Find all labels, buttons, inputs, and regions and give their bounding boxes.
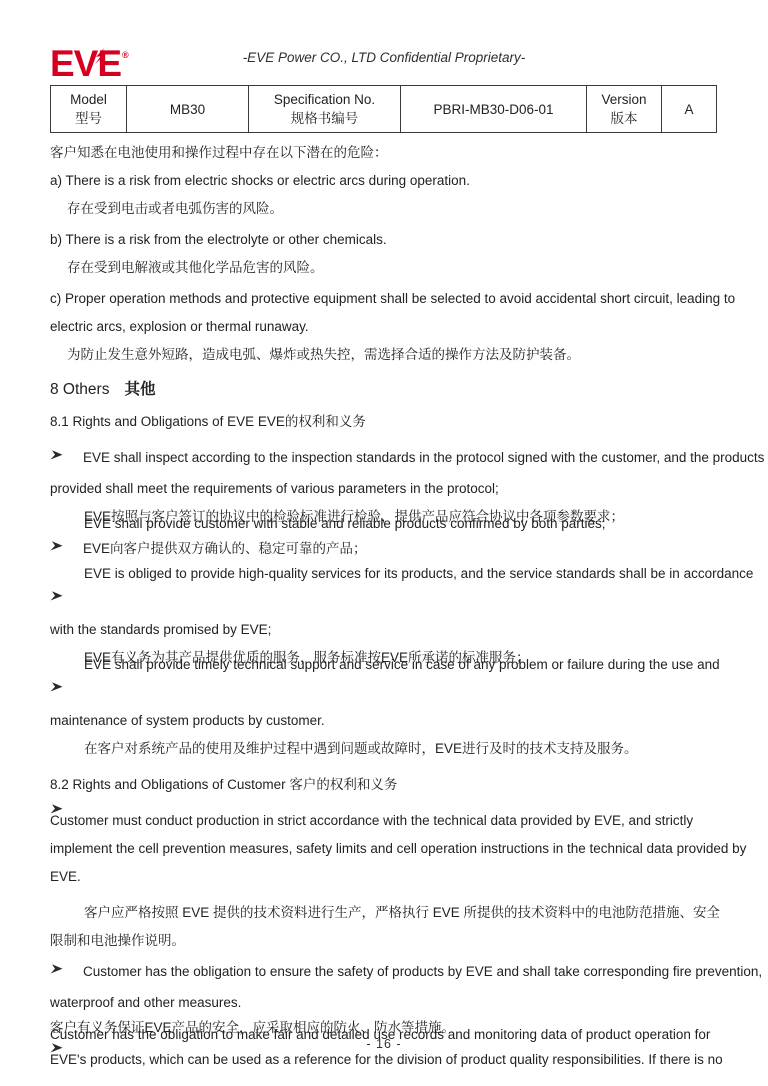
text-line: c) Proper operation methods and protecti… [50, 289, 768, 309]
arrow-bullet-icon [50, 680, 83, 700]
line-text: 客户知悉在电池使用和操作过程中存在以下潜在的危险： [50, 145, 388, 160]
line-text: EVE's products, which can be used as a r… [50, 1052, 723, 1067]
section-heading: 8 Others其他 [50, 379, 768, 401]
text-line: 存在受到电解液或其他化学品危害的风险。 [67, 258, 768, 278]
line-text: 存在受到电解液或其他化学品危害的风险。 [67, 260, 324, 275]
text-line: electric arcs, explosion or thermal runa… [50, 317, 768, 337]
line-text: b) There is a risk from the electrolyte … [50, 232, 387, 247]
bullet-line: Customer has the obligation to ensure th… [50, 962, 768, 982]
version-label-zh: 版本 [589, 109, 659, 128]
line-text: EVE shall provide timely technical suppo… [84, 657, 720, 672]
spec-no-label-zh: 规格书编号 [251, 109, 398, 128]
text-line: 8.2 Rights and Obligations of Customer 客… [50, 775, 768, 795]
line-text: 客户应严格按照 EVE 提供的技术资料进行生产，严格执行 EVE 所提供的技术资… [84, 905, 720, 920]
spec-no-label-en: Specification No. [251, 90, 398, 109]
arrow-bullet-icon [50, 589, 83, 609]
text-line: EVE shall provide timely technical suppo… [84, 655, 768, 675]
line-text: EVE向客户提供双方确认的、稳定可靠的产品； [83, 541, 367, 556]
line-text: implement the cell prevention measures, … [50, 841, 746, 856]
text-line: implement the cell prevention measures, … [50, 839, 768, 859]
text-line: maintenance of system products by custom… [50, 711, 768, 731]
section-heading-zh: 其他 [124, 381, 155, 398]
page-number: - 16 - [0, 1037, 768, 1051]
text-line: 客户应严格按照 EVE 提供的技术资料进行生产，严格执行 EVE 所提供的技术资… [84, 903, 768, 923]
spec-no-value-cell: PBRI-MB30-D06-01 [401, 86, 587, 133]
model-label-cell: Model 型号 [51, 86, 127, 133]
line-text: electric arcs, explosion or thermal runa… [50, 319, 309, 334]
spec-header-table: Model 型号 MB30 Specification No. 规格书编号 PB… [50, 85, 717, 133]
line-text: Customer has the obligation to ensure th… [83, 964, 762, 979]
bullet-line: Customer must conduct production in stri… [50, 811, 768, 831]
bullet-line [50, 680, 768, 700]
spec-no-label-cell: Specification No. 规格书编号 [249, 86, 401, 133]
model-label-zh: 型号 [53, 109, 124, 128]
confidential-header-text: -EVE Power CO., LTD Confidential Proprie… [0, 50, 768, 65]
line-text: 为防止发生意外短路，造成电弧、爆炸或热失控，需选择合适的操作方法及防护装备。 [67, 347, 580, 362]
line-text: maintenance of system products by custom… [50, 713, 325, 728]
line-text: 在客户对系统产品的使用及维护过程中遇到问题或故障时，EVE进行及时的技术支持及服… [84, 741, 638, 756]
line-text: a) There is a risk from electric shocks … [50, 173, 470, 188]
line-text: c) Proper operation methods and protecti… [50, 291, 735, 306]
line-text: 8.1 Rights and Obligations of EVE EVE的权利… [50, 414, 366, 429]
arrow-bullet-icon [50, 448, 83, 468]
text-line: with the standards promised by EVE; [50, 620, 768, 640]
text-line: a) There is a risk from electric shocks … [50, 171, 768, 191]
bullet-line: EVE's products, which can be used as a r… [50, 1050, 768, 1070]
section-heading-en: 8 Others [50, 381, 109, 398]
text-line: 客户知悉在电池使用和操作过程中存在以下潜在的危险： [50, 143, 768, 163]
line-text: EVE. [50, 869, 81, 884]
text-line: 在客户对系统产品的使用及维护过程中遇到问题或故障时，EVE进行及时的技术支持及服… [84, 739, 768, 759]
model-value-cell: MB30 [127, 86, 249, 133]
line-text: Customer must conduct production in stri… [50, 813, 693, 828]
spec-table-row: Model 型号 MB30 Specification No. 规格书编号 PB… [51, 86, 717, 133]
line-text: EVE shall provide customer with stable a… [84, 516, 606, 531]
text-line: 限制和电池操作说明。 [50, 931, 768, 951]
bullet-line: EVE shall inspect according to the inspe… [50, 448, 768, 468]
version-value-cell: A [662, 86, 717, 133]
bullet-line: EVE向客户提供双方确认的、稳定可靠的产品； [50, 539, 768, 559]
line-text: EVE shall inspect according to the inspe… [83, 450, 764, 465]
text-line: EVE is obliged to provide high-quality s… [84, 564, 768, 584]
text-line: 存在受到电击或者电弧伤害的风险。 [67, 199, 768, 219]
line-text: EVE is obliged to provide high-quality s… [84, 566, 753, 581]
text-line: waterproof and other measures. [50, 993, 768, 1013]
line-text: waterproof and other measures. [50, 995, 241, 1010]
text-line: 8.1 Rights and Obligations of EVE EVE的权利… [50, 412, 768, 432]
text-line: EVE. [50, 867, 768, 887]
model-label-en: Model [53, 90, 124, 109]
line-text: 存在受到电击或者电弧伤害的风险。 [67, 201, 283, 216]
document-page: EVE® -EVE Power CO., LTD Confidential Pr… [0, 0, 768, 1086]
text-line: b) There is a risk from the electrolyte … [50, 230, 768, 250]
text-line: EVE shall provide customer with stable a… [84, 514, 768, 534]
line-text: provided shall meet the requirements of … [50, 481, 499, 496]
arrow-bullet-icon [50, 804, 64, 824]
arrow-bullet-icon [50, 539, 83, 559]
line-text: 限制和电池操作说明。 [50, 933, 185, 948]
content-lines: 客户知悉在电池使用和操作过程中存在以下潜在的危险：a) There is a r… [50, 131, 768, 1070]
version-label-cell: Version 版本 [587, 86, 662, 133]
text-line: provided shall meet the requirements of … [50, 479, 768, 499]
text-line: 为防止发生意外短路，造成电弧、爆炸或热失控，需选择合适的操作方法及防护装备。 [67, 345, 768, 365]
line-text: with the standards promised by EVE; [50, 622, 271, 637]
line-text: 8.2 Rights and Obligations of Customer 客… [50, 777, 397, 792]
arrow-bullet-icon [50, 962, 83, 982]
bullet-line [50, 589, 768, 609]
version-label-en: Version [589, 90, 659, 109]
